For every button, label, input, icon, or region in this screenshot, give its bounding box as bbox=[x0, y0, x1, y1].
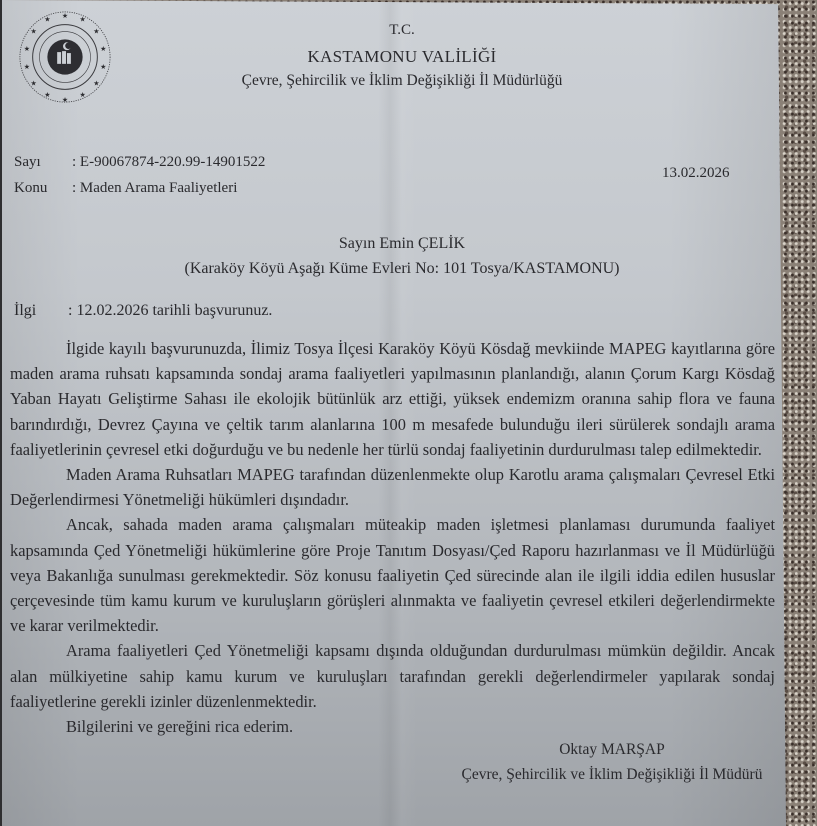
paragraph: Maden Arama Ruhsatları MAPEG tarafından … bbox=[10, 462, 775, 512]
header-directorate: Çevre, Şehircilik ve İklim Değişikliği İ… bbox=[202, 72, 602, 90]
letter-date: 13.02.2026 bbox=[662, 165, 730, 182]
reference-label: İlgi bbox=[14, 302, 36, 320]
svg-text:★: ★ bbox=[44, 16, 50, 24]
number-value: : E-90067874-220.99-14901522 bbox=[72, 154, 265, 171]
paragraph: Bilgilerini ve gereğini rica ederim. bbox=[10, 714, 775, 739]
paragraph: Arama faaliyetleri Çed Yönetmeliği kapsa… bbox=[10, 638, 775, 714]
svg-text:★: ★ bbox=[62, 96, 68, 104]
svg-text:★: ★ bbox=[44, 91, 50, 99]
subject-value: : Maden Arama Faaliyetleri bbox=[72, 180, 237, 197]
ministry-seal-icon: ★★★ ★★★ ★★★ ★★★ ★★ bbox=[16, 8, 114, 106]
svg-text:★: ★ bbox=[24, 45, 30, 53]
number-label: Sayı bbox=[14, 154, 41, 171]
image-left-border bbox=[0, 0, 2, 826]
svg-text:★: ★ bbox=[93, 79, 99, 87]
svg-text:★: ★ bbox=[80, 16, 86, 24]
svg-text:★: ★ bbox=[80, 91, 86, 99]
recipient-name: Sayın Emin ÇELİK bbox=[152, 235, 652, 253]
subject-label: Konu bbox=[14, 180, 47, 197]
svg-text:★: ★ bbox=[100, 45, 106, 53]
svg-text:★: ★ bbox=[31, 79, 37, 87]
svg-text:★: ★ bbox=[93, 27, 99, 35]
svg-text:★: ★ bbox=[24, 63, 30, 71]
paragraph: Ancak, sahada maden arama çalışmaları mü… bbox=[10, 512, 775, 638]
signatory-name: Oktay MARŞAP bbox=[512, 741, 712, 759]
paragraph: İlgide kayılı başvurunuzda, İlimiz Tosya… bbox=[10, 336, 775, 462]
signatory-title: Çevre, Şehircilik ve İklim Değişikliği İ… bbox=[422, 766, 802, 784]
svg-text:★: ★ bbox=[62, 12, 68, 20]
reference-value: : 12.02.2026 tarihli başvurunuz. bbox=[68, 302, 272, 320]
letter-body: İlgide kayılı başvurunuzda, İlimiz Tosya… bbox=[10, 336, 775, 739]
recipient-address: (Karaköy Köyü Aşağı Küme Evleri No: 101 … bbox=[152, 260, 652, 278]
header-state: T.C. bbox=[202, 22, 602, 39]
header-governorship: KASTAMONU VALİLİĞİ bbox=[202, 47, 602, 67]
svg-text:★: ★ bbox=[31, 27, 37, 35]
letter-page: ★★★ ★★★ ★★★ ★★★ ★★ T.C. KASTAMONU VALİLİ… bbox=[2, 0, 786, 826]
svg-text:★: ★ bbox=[100, 63, 106, 71]
